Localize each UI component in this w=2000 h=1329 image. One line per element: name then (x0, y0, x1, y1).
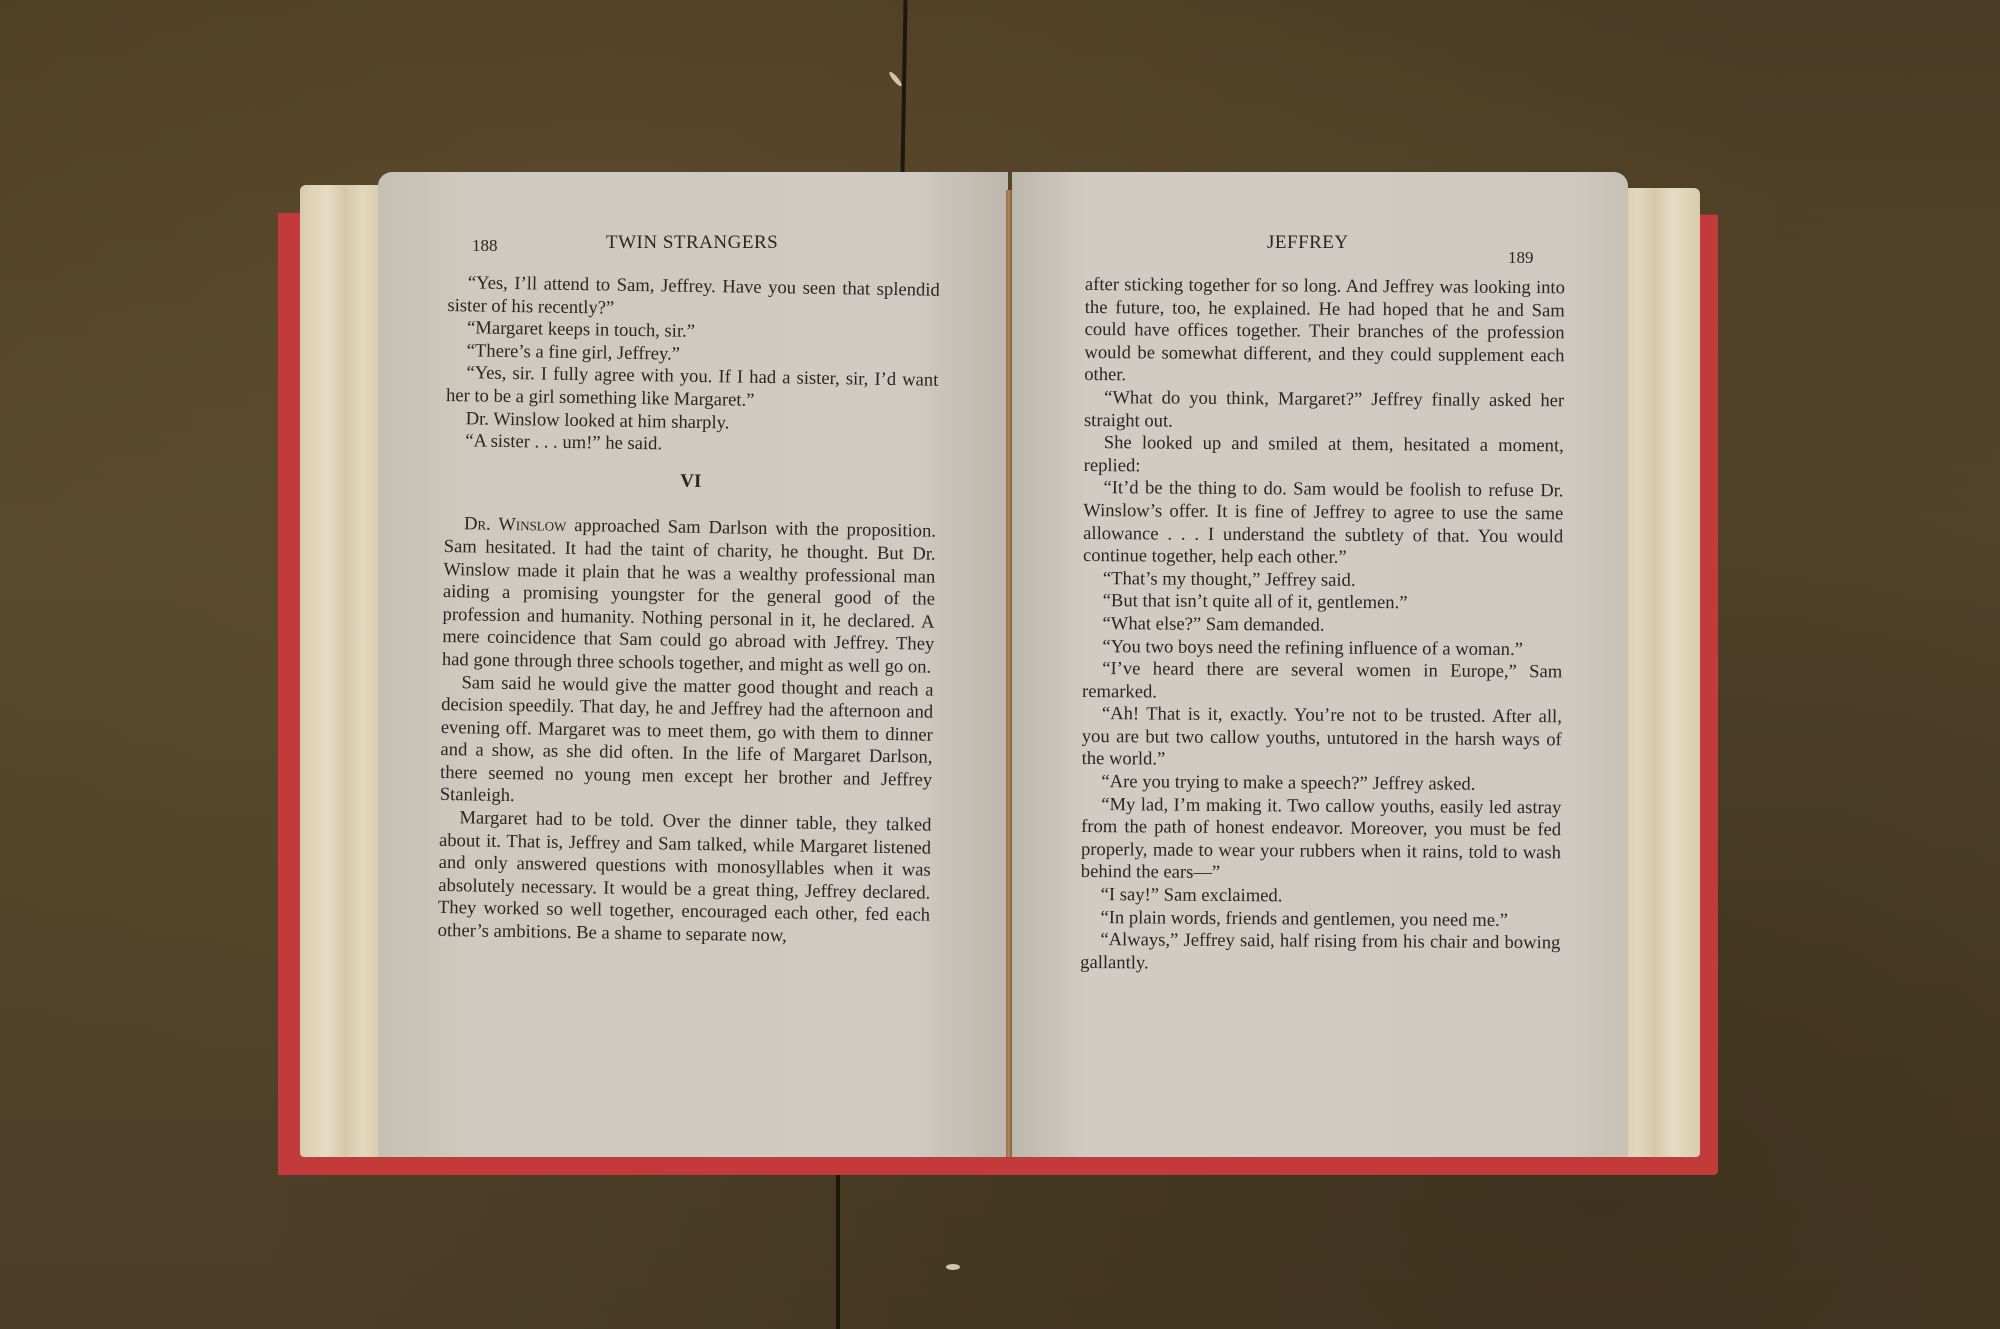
page-body: after sticking together for so long. And… (1080, 274, 1565, 978)
debris-speck (946, 1264, 960, 1270)
running-head: TWIN STRANGERS (606, 232, 778, 254)
paragraph: “I say!” Sam exclaimed. (1081, 884, 1561, 910)
page-number: 188 (472, 236, 498, 256)
chapter-opening-smallcaps: Dr. Winslow (464, 514, 567, 537)
running-head: JEFFREY (1267, 232, 1349, 254)
left-page: 188 TWIN STRANGERS “Yes, I’ll attend to … (378, 172, 1008, 1157)
paragraph: “Are you trying to make a speech?” Jeffr… (1081, 771, 1561, 797)
page-body: “Yes, I’ll attend to Sam, Jeffrey. Have … (437, 272, 939, 950)
right-page: JEFFREY 189 after sticking together for … (1012, 172, 1628, 1157)
chapter-opening-paragraph: Dr. Winslow approached Sam Darlson with … (442, 513, 936, 679)
paragraph: She looked up and smiled at them, hesita… (1084, 432, 1564, 481)
paragraph: “Yes, I’ll attend to Sam, Jeffrey. Have … (447, 272, 940, 325)
paragraph: “In plain words, friends and gentlemen, … (1080, 907, 1560, 933)
surface-seam (836, 1170, 840, 1329)
paragraph: “That’s my thought,” Jeffrey said. (1083, 568, 1563, 594)
paragraph: “What else?” Sam demanded. (1082, 613, 1562, 639)
page-number: 189 (1508, 248, 1534, 268)
paragraph: “It’d be the thing to do. Sam would be f… (1083, 477, 1564, 571)
page-block-left (300, 185, 390, 1157)
paragraph: “Yes, sir. I fully agree with you. If I … (446, 362, 939, 415)
paragraph: “But that isn’t quite all of it, gentlem… (1083, 590, 1563, 616)
paragraph: “My lad, I’m making it. Two callow youth… (1081, 794, 1562, 888)
continuation-paragraph: after sticking together for so long. And… (1084, 274, 1565, 390)
paragraph: “Always,” Jeffrey said, half rising from… (1080, 929, 1560, 978)
chapter-heading: VI (445, 467, 937, 497)
paragraph: Sam said he would give the matter good t… (440, 671, 934, 814)
paragraph: “Ah! That is it, exactly. You’re not to … (1082, 703, 1562, 774)
paragraph: “You two boys need the refining influenc… (1082, 635, 1562, 661)
paragraph: “What do you think, Margaret?” Jeffrey f… (1084, 387, 1564, 436)
paragraph: “I’ve heard there are several women in E… (1082, 658, 1562, 707)
paragraph: Margaret had to be told. Over the dinner… (437, 807, 931, 950)
chapter-opening-text: approached Sam Darlson with the proposit… (442, 515, 936, 677)
